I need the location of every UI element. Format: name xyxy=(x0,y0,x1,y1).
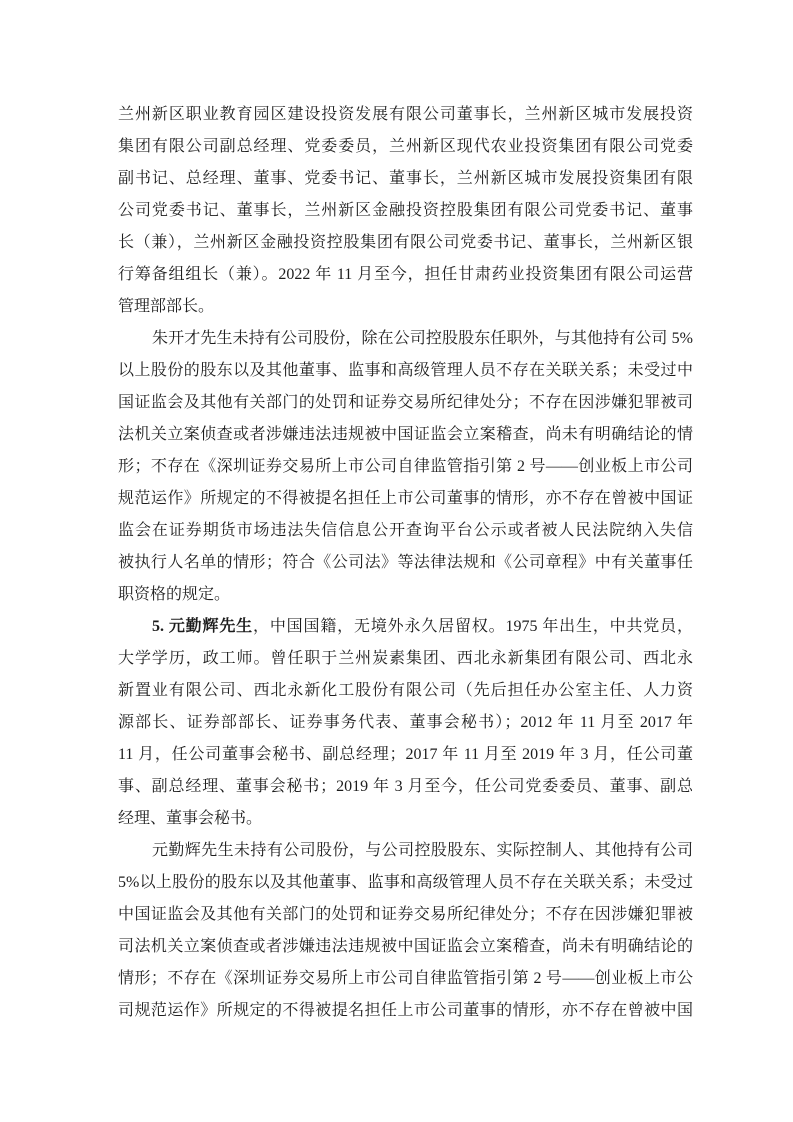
text-line: 形；不存在《深圳证券交易所上市公司自律监管指引第 2 号——创业板上市公司 xyxy=(118,451,693,483)
paragraph-yuan-qinhui-compliance: 元勤辉先生未持有公司股份，与公司控股股东、实际控制人、其他持有公司5%以上股份的… xyxy=(118,835,693,1027)
text-line: 集团有限公司副总经理、党委委员，兰州新区现代农业投资集团有限公司党委 xyxy=(118,131,693,163)
text-line: 11 月，任公司董事会秘书、副总经理；2017 年 11 月至 2019 年 3… xyxy=(118,739,693,771)
text-line: 以上股份的股东以及其他董事、监事和高级管理人员不存在关联关系；未受过中 xyxy=(118,355,693,387)
text-line: 管理部部长。 xyxy=(118,291,693,323)
text-line: 行筹备组组长（兼）。2022 年 11 月至今，担任甘肃药业投资集团有限公司运营 xyxy=(118,259,693,291)
text-line: 公司党委书记、董事长，兰州新区金融投资控股集团有限公司党委书记、董事 xyxy=(118,195,693,227)
text-line: 元勤辉先生未持有公司股份，与公司控股股东、实际控制人、其他持有公司 xyxy=(118,835,693,867)
paragraph-zhu-kaicai-positions: 兰州新区职业教育园区建设投资发展有限公司董事长，兰州新区城市发展投资集团有限公司… xyxy=(118,99,693,323)
text-line: 副书记、总经理、董事、党委书记、董事长，兰州新区城市发展投资集团有限 xyxy=(118,163,693,195)
text-line: 职资格的规定。 xyxy=(118,579,693,611)
text-line: 源部长、证券部部长、证券事务代表、董事会秘书）；2012 年 11 月至 201… xyxy=(118,707,693,739)
text-line: 司法机关立案侦查或者涉嫌违法违规被中国证监会立案稽查，尚未有明确结论的 xyxy=(118,931,693,963)
document-body: 兰州新区职业教育园区建设投资发展有限公司董事长，兰州新区城市发展投资集团有限公司… xyxy=(118,99,693,1027)
text-line: 新置业有限公司、西北永新化工股份有限公司（先后担任办公室主任、人力资 xyxy=(118,675,693,707)
text-line: 监会在证券期货市场违法失信信息公开查询平台公示或者被人民法院纳入失信 xyxy=(118,515,693,547)
text-line: 5%以上股份的股东以及其他董事、监事和高级管理人员不存在关联关系；未受过 xyxy=(118,867,693,899)
text-line: 司规范运作》所规定的不得被提名担任上市公司董事的情形，亦不存在曾被中国 xyxy=(118,995,693,1027)
person-name-bold: 5. 元勤辉先生 xyxy=(152,618,253,635)
text-line: 中国证监会及其他有关部门的处罚和证券交易所纪律处分；不存在因涉嫌犯罪被 xyxy=(118,899,693,931)
text-line: 情形；不存在《深圳证券交易所上市公司自律监管指引第 2 号——创业板上市公 xyxy=(118,963,693,995)
text-line: 事、副总经理、董事会秘书；2019 年 3 月至今，任公司党委委员、董事、副总 xyxy=(118,771,693,803)
text-line: 法机关立案侦查或者涉嫌违法违规被中国证监会立案稽查，尚未有明确结论的情 xyxy=(118,419,693,451)
text-line: 国证监会及其他有关部门的处罚和证券交易所纪律处分；不存在因涉嫌犯罪被司 xyxy=(118,387,693,419)
text-line: 朱开才先生未持有公司股份，除在公司控股股东任职外，与其他持有公司 5% xyxy=(118,323,693,355)
text-line: 大学学历，政工师。曾任职于兰州炭素集团、西北永新集团有限公司、西北永 xyxy=(118,643,693,675)
text-segment: ，中国国籍，无境外永久居留权。1975 年出生，中共党员， xyxy=(253,618,693,635)
text-line: 长（兼），兰州新区金融投资控股集团有限公司党委书记、董事长，兰州新区银 xyxy=(118,227,693,259)
paragraph-zhu-kaicai-compliance: 朱开才先生未持有公司股份，除在公司控股股东任职外，与其他持有公司 5%以上股份的… xyxy=(118,323,693,611)
paragraph-yuan-qinhui-bio: 5. 元勤辉先生，中国国籍，无境外永久居留权。1975 年出生，中共党员，大学学… xyxy=(118,611,693,835)
text-line: 经理、董事会秘书。 xyxy=(118,803,693,835)
text-line: 兰州新区职业教育园区建设投资发展有限公司董事长，兰州新区城市发展投资 xyxy=(118,99,693,131)
document-page: 兰州新区职业教育园区建设投资发展有限公司董事长，兰州新区城市发展投资集团有限公司… xyxy=(0,0,793,1122)
text-line: 5. 元勤辉先生，中国国籍，无境外永久居留权。1975 年出生，中共党员， xyxy=(118,611,693,643)
text-line: 被执行人名单的情形；符合《公司法》等法律法规和《公司章程》中有关董事任 xyxy=(118,547,693,579)
text-line: 规范运作》所规定的不得被提名担任上市公司董事的情形，亦不存在曾被中国证 xyxy=(118,483,693,515)
